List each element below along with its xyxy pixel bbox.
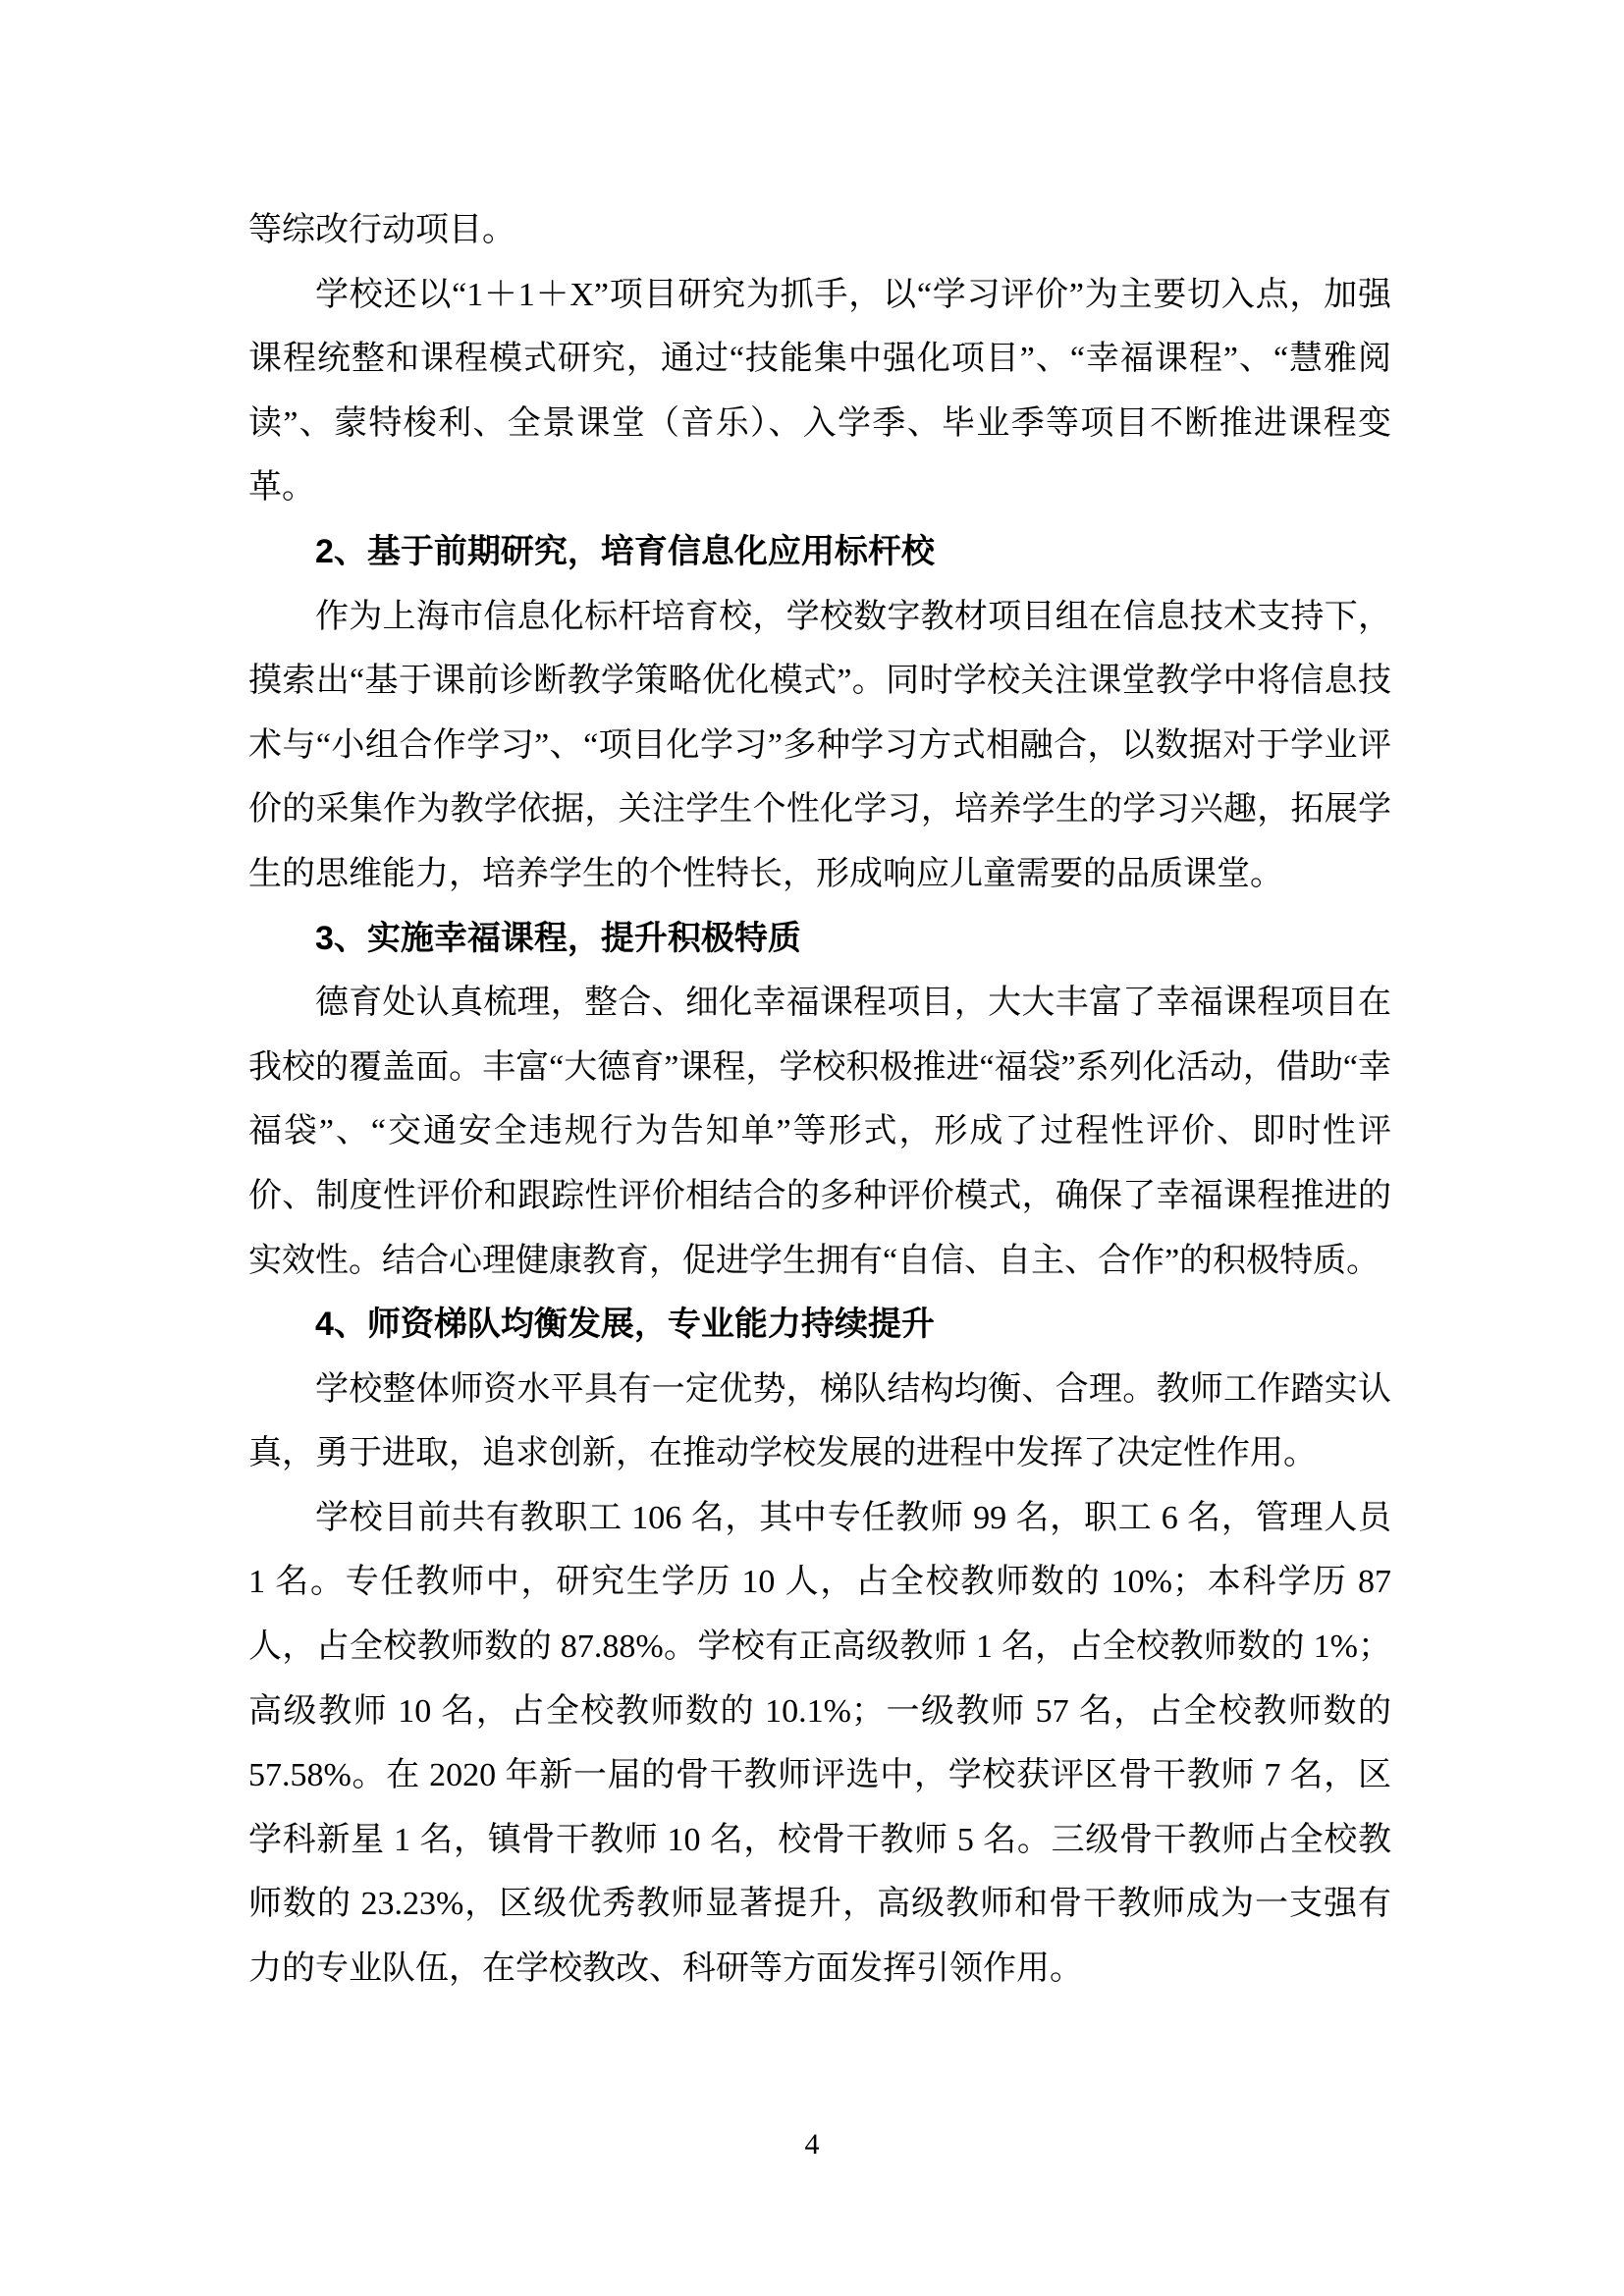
paragraph: 学校还以“1＋1＋X”项目研究为抓手，以“学习评价”为主要切入点，加强课程统整和… (248, 263, 1391, 520)
paragraph: 作为上海市信息化标杆培育校，学校数字教材项目组在信息技术支持下，摸索出“基于课前… (248, 585, 1391, 907)
section-heading: 3、实施幸福课程，提升积极特质 (248, 907, 1391, 972)
paragraph: 学校目前共有教职工 106 名，其中专任教师 99 名，职工 6 名，管理人员 … (248, 1486, 1391, 2002)
paragraph: 等综改行动项目。 (248, 198, 1391, 263)
section-heading: 2、基于前期研究，培育信息化应用标杆校 (248, 520, 1391, 585)
document-page: 等综改行动项目。学校还以“1＋1＋X”项目研究为抓手，以“学习评价”为主要切入点… (0, 0, 1624, 2296)
page-number: 4 (0, 2128, 1624, 2162)
section-heading: 4、师资梯队均衡发展，专业能力持续提升 (248, 1293, 1391, 1358)
paragraph: 德育处认真梳理，整合、细化幸福课程项目，大大丰富了幸福课程项目在我校的覆盖面。丰… (248, 971, 1391, 1293)
document-body: 等综改行动项目。学校还以“1＋1＋X”项目研究为抓手，以“学习评价”为主要切入点… (248, 198, 1391, 2002)
paragraph: 学校整体师资水平具有一定优势，梯队结构均衡、合理。教师工作踏实认真，勇于进取，追… (248, 1358, 1391, 1486)
